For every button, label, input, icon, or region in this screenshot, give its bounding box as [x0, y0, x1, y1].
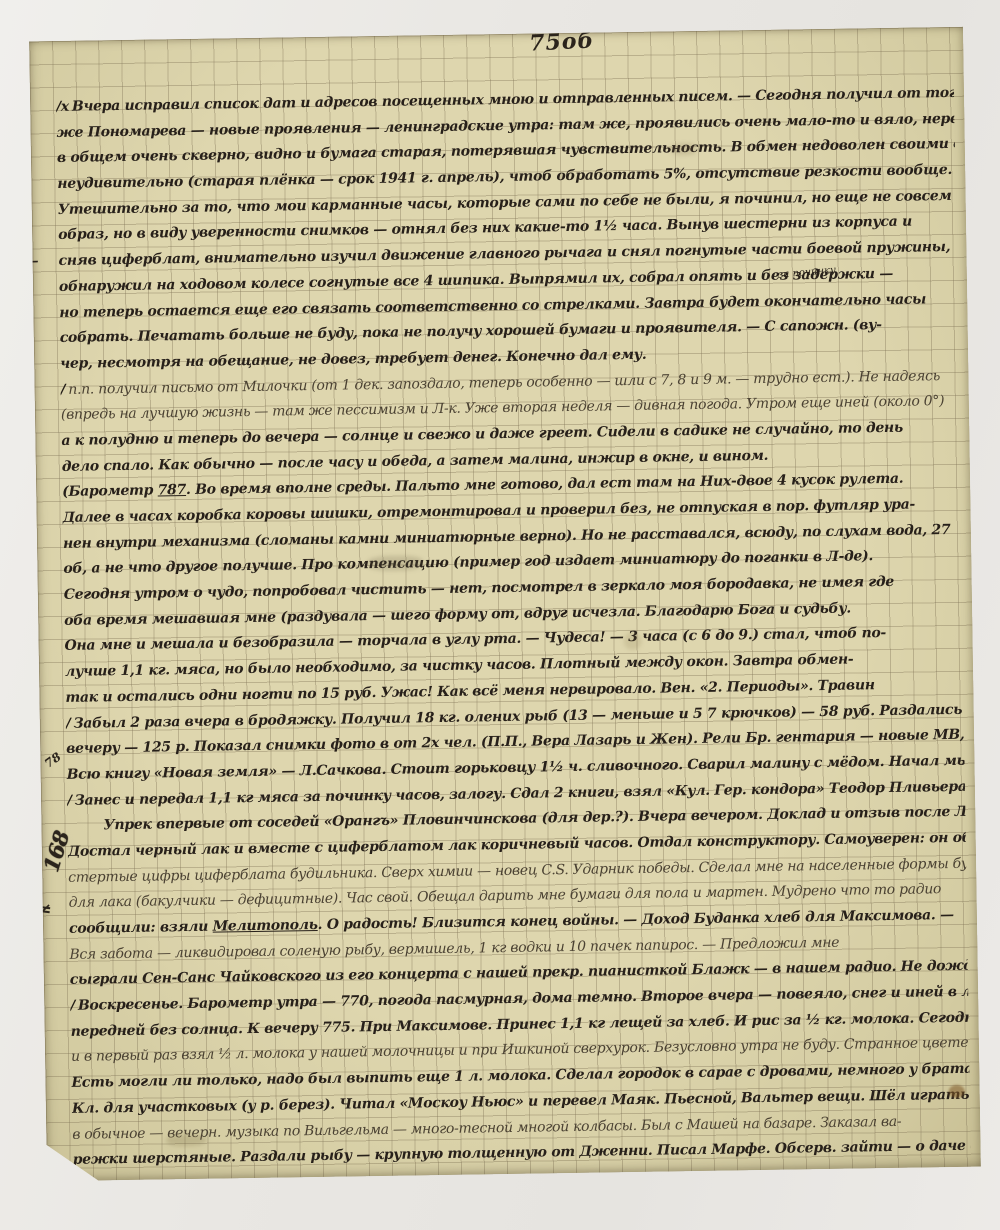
margin-annotation: 78 [42, 750, 64, 771]
margin-annotation: ≠ [36, 898, 54, 921]
scanned-page-background: { "manuscript": { "page_label": "75об", … [0, 0, 1000, 1230]
entry-date-marker: 23/ [67, 788, 75, 814]
margin-annotation: — [24, 253, 38, 269]
entry-date-marker: 21/ [60, 377, 68, 403]
manuscript-paper-sheet: 75об 20/xВчера исправил список дат и адр… [29, 27, 981, 1182]
underlined-word: Мелитополь [213, 917, 318, 935]
page-number-label: 75об [529, 27, 595, 56]
entry-date-marker: 24/ [70, 994, 78, 1020]
underlined-word: 787 [158, 482, 187, 498]
entry-date-marker: 22/ [66, 711, 74, 737]
handwriting-lines: 20/xВчера исправил список дат и адресов … [56, 81, 971, 1174]
entry-date-marker: 20/x [56, 95, 72, 121]
